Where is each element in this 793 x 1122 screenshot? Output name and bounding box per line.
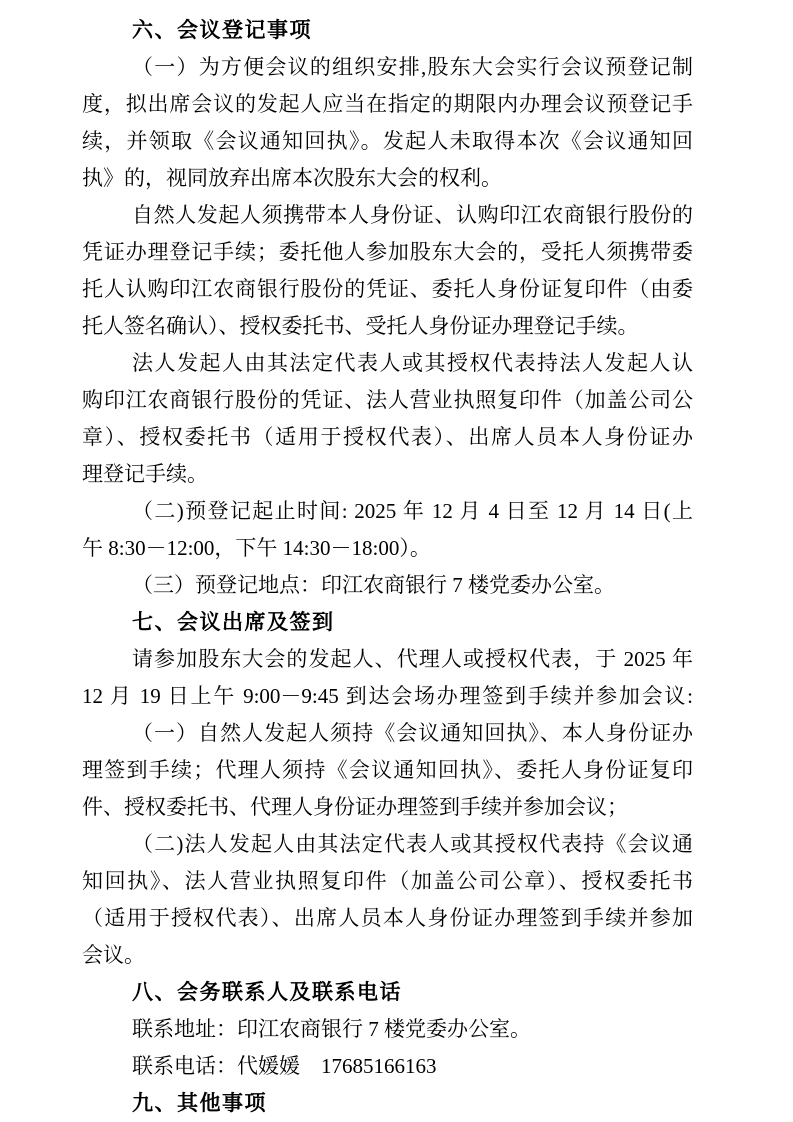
document-page: 六、会议登记事项 （一）为方便会议的组织安排,股东大会实行会议预登记制 度，拟出… [0,0,793,1122]
contact-phone-line: 联系电话：代媛媛 17685166163 [82,1048,693,1085]
paragraph-line: 理登记手续。 [82,456,693,493]
paragraph-line: 续，并领取《会议通知回执》。发起人未取得本次《会议通知回 [82,123,693,160]
paragraph-line: 请参加股东大会的发起人、代理人或授权代表，于 2025 年 [82,641,693,678]
paragraph-line: 法人发起人由其法定代表人或其授权代表持法人发起人认 [82,345,693,382]
paragraph-line: （一）自然人发起人须持《会议通知回执》、本人身份证办 [82,715,693,752]
section-heading-nine: 九、其他事项 [82,1085,693,1122]
paragraph-line: 知回执》、法人营业执照复印件（加盖公司公章）、授权委托书 [82,863,693,900]
paragraph-line: （一）为方便会议的组织安排,股东大会实行会议预登记制 [82,49,693,86]
contact-address-line: 联系地址：印江农商银行 7 楼党委办公室。 [82,1011,693,1048]
paragraph-line: 执》的，视同放弃出席本次股东大会的权利。 [82,160,693,197]
section-heading-eight: 八、会务联系人及联系电话 [82,974,693,1011]
paragraph-line: 件、授权委托书、代理人身份证办理签到手续并参加会议； [82,789,693,826]
paragraph-line: 午 8:30－12:00，下午 14:30－18:00）。 [82,530,693,567]
paragraph-line: 会议。 [82,937,693,974]
paragraph-line: （适用于授权代表）、出席人员本人身份证办理签到手续并参加 [82,900,693,937]
paragraph-line: 托人认购印江农商银行股份的凭证、委托人身份证复印件（由委 [82,271,693,308]
paragraph-line: （二)预登记起止时间: 2025 年 12 月 4 日至 12 月 14 日(上 [82,493,693,530]
paragraph-line: 凭证办理登记手续；委托他人参加股东大会的，受托人须携带委 [82,234,693,271]
paragraph-line: （三）预登记地点：印江农商银行 7 楼党委办公室。 [82,567,693,604]
paragraph-line: 购印江农商银行股份的凭证、法人营业执照复印件（加盖公司公 [82,382,693,419]
paragraph-line: 12 月 19 日上午 9:00－9:45 到达会场办理签到手续并参加会议: [82,678,693,715]
section-heading-seven: 七、会议出席及签到 [82,604,693,641]
paragraph-line: 托人签名确认）、授权委托书、受托人身份证办理登记手续。 [82,308,693,345]
paragraph-line: 度，拟出席会议的发起人应当在指定的期限内办理会议预登记手 [82,86,693,123]
paragraph-line: 自然人发起人须携带本人身份证、认购印江农商银行股份的 [82,197,693,234]
document-content: 六、会议登记事项 （一）为方便会议的组织安排,股东大会实行会议预登记制 度，拟出… [82,0,693,1122]
section-heading-six: 六、会议登记事项 [82,12,693,49]
paragraph-line: 章）、授权委托书（适用于授权代表）、出席人员本人身份证办 [82,419,693,456]
paragraph-line: 理签到手续；代理人须持《会议通知回执》、委托人身份证复印 [82,752,693,789]
paragraph-line: （二)法人发起人由其法定代表人或其授权代表持《会议通 [82,826,693,863]
